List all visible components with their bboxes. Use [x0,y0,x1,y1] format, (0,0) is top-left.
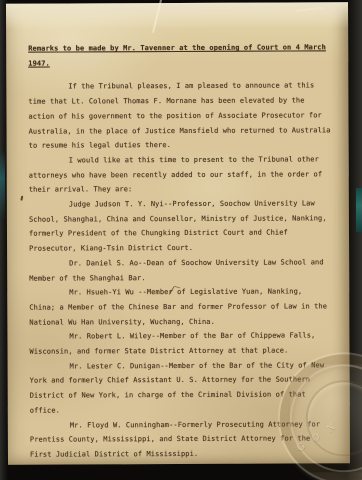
binding-edge-right [356,188,362,232]
paragraph: If the Tribunal pleases, I am pleased to… [28,79,330,154]
stray-pen-mark [20,196,23,201]
page-top-edge [6,2,348,29]
document-page: Remarks to be made by Mr. Tavenner at th… [6,2,350,464]
paragraph: Dr. Daniel S. Ao--Dean of Soochow Univer… [29,255,331,286]
paragraph: I would like at this time to present to … [29,152,331,197]
document-title: Remarks to be made by Mr. Tavenner at th… [28,40,330,71]
paragraph: Mr. Hsueh-Yi Wu --Member of Legislative … [29,285,331,330]
paragraph: Judge Judson T. Y. Nyi--Professor, Sooch… [29,196,331,256]
scanned-document: Remarks to be made by Mr. Tavenner at th… [0,0,362,480]
binding-edge-left [0,150,5,220]
paragraph: Mr. Robert L. Wiley--Member of the Bar o… [29,329,331,360]
